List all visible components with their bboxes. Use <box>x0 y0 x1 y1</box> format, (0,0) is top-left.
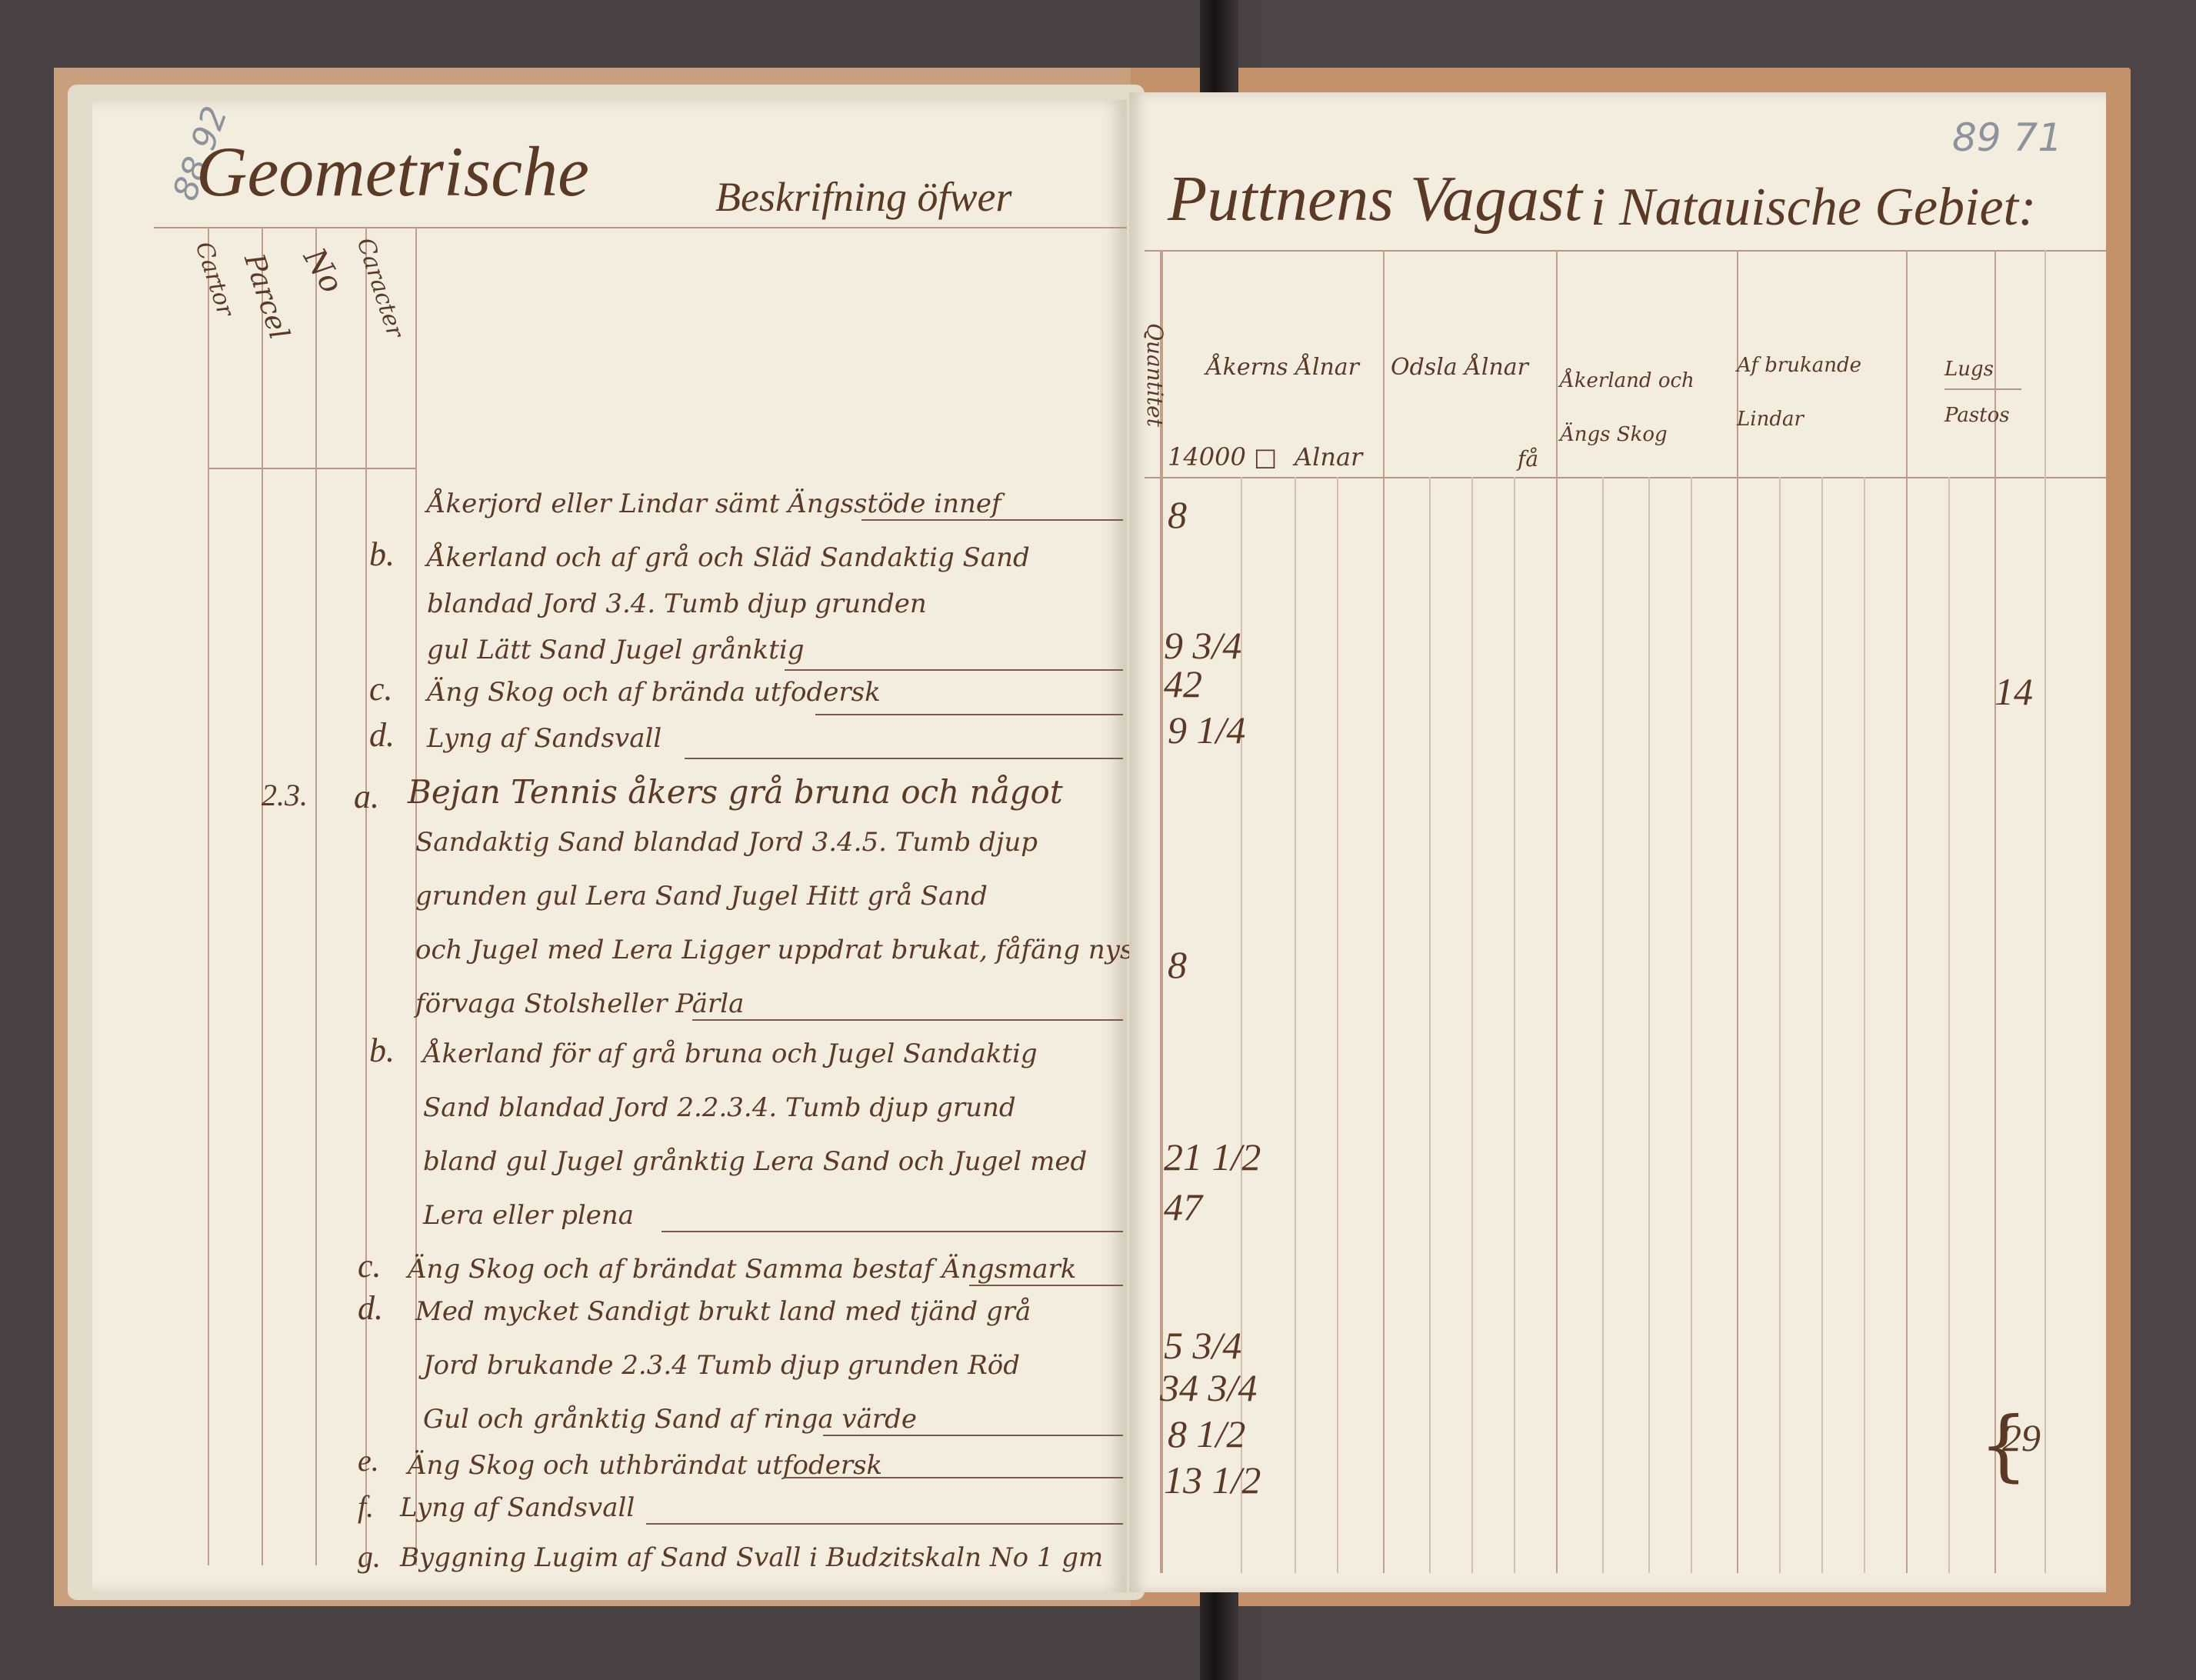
column-header-akerns-alnar: Åkerns Ålnar <box>1206 354 1359 381</box>
entry-rule <box>661 1231 1123 1232</box>
column-header-no: No <box>296 242 349 299</box>
column-divider-minor <box>1648 477 1650 1573</box>
header-rule-top <box>1145 250 2106 252</box>
left-page: 88 92 Geometrische Beskrifning öfwer Car… <box>92 100 1127 1592</box>
entry-line: Sandaktig Sand blandad Jord 3.4.5. Tumb … <box>415 827 1038 858</box>
column-divider-minor <box>1337 477 1338 1573</box>
entry-line: gul Lätt Sand Jugel grånktig <box>427 635 805 665</box>
right-page: 89 71 Puttnens Vagast i Natauische Gebie… <box>1129 92 2106 1592</box>
page-title: Geometrische <box>196 131 589 212</box>
entry-line: grunden gul Lera Sand Jugel Hitt grå San… <box>415 881 988 912</box>
column-divider <box>315 227 317 1565</box>
column-divider <box>1383 250 1385 1573</box>
entry-rule <box>785 1477 1123 1478</box>
entry-rule <box>861 519 1123 521</box>
entry-rule <box>785 669 1123 671</box>
quantity-value: 42 <box>1164 662 1202 706</box>
column-divider-minor <box>2044 250 2046 1573</box>
subheader-area: 14000 □ <box>1168 442 1277 472</box>
column-divider <box>208 227 209 1565</box>
entry-rule <box>692 1019 1123 1021</box>
entry-letter: e. <box>358 1442 379 1478</box>
entry-line: Med mycket Sandigt brukt land med tjänd … <box>415 1296 1031 1327</box>
entry-rule <box>685 758 1123 759</box>
entry-line: Äng Skog och af brända utfodersk <box>427 677 881 708</box>
entry-line: Åkerland och af grå och Släd Sandaktig S… <box>427 542 1030 573</box>
quantity-value: 5 3/4 <box>1164 1323 1241 1368</box>
entry-line: bland gul Jugel grånktig Lera Sand och J… <box>423 1146 1087 1177</box>
entry-rule <box>969 1285 1123 1286</box>
page-title: Puttnens Vagast <box>1168 162 1582 236</box>
entry-line: förvaga Stolsheller Pärla <box>415 988 744 1019</box>
entry-rule <box>646 1523 1123 1525</box>
column-divider <box>1906 250 1908 1573</box>
entry-line: Lera eller plena <box>423 1200 634 1231</box>
entry-line: Bejan Tennis åkers grå bruna och något <box>408 773 1063 811</box>
header-rule-bottom <box>1145 477 2106 478</box>
entry-line: Sand blandad Jord 2.2.3.4. Tumb djup gru… <box>423 1092 1016 1123</box>
column-divider-minor <box>1471 477 1473 1573</box>
page-subtitle: i Natauische Gebiet: <box>1591 177 2036 238</box>
entry-line: Byggning Lugim af Sand Svall i Budzitska… <box>400 1542 1103 1573</box>
column-divider-minor <box>1602 477 1604 1573</box>
header-rule-top <box>154 227 1127 228</box>
entry-line: Lyng af Sandsvall <box>427 723 661 754</box>
margin-total: 29 <box>2002 1415 2041 1460</box>
quantity-value: 47 <box>1164 1185 1202 1229</box>
entry-line: Äng Skog och uthbrändat utfodersk <box>408 1450 882 1481</box>
quantity-value: 21 1/2 <box>1164 1135 1261 1179</box>
column-header-lugs-pastos: Lugs Pastos <box>1944 346 2021 438</box>
entry-rule <box>823 1435 1123 1436</box>
column-header-caracter: Caracter <box>352 235 409 341</box>
column-header-quantitet: Quantitet <box>1142 323 1168 427</box>
column-divider <box>1737 250 1738 1573</box>
column-divider-minor <box>1429 477 1431 1573</box>
entry-line: Gul och grånktig Sand af ringa värde <box>423 1404 917 1435</box>
entry-letter: d. <box>358 1288 383 1328</box>
entry-line: Åkerjord eller Lindar sämt Ängsstöde inn… <box>427 488 1001 519</box>
column-divider-minor <box>1514 477 1515 1573</box>
column-header-akerland: Åkerland och Ängs Skog <box>1560 354 1729 462</box>
quantity-value: 34 3/4 <box>1160 1365 1257 1410</box>
column-header-odsla-alnar: Odsla Ålnar <box>1391 354 1528 381</box>
entry-line: Äng Skog och af brändat Samma bestaf Äng… <box>408 1254 1076 1285</box>
margin-total: 14 <box>1994 669 2033 714</box>
column-divider-minor <box>1779 477 1781 1573</box>
quantity-value: 8 1/2 <box>1168 1412 1245 1456</box>
entry-line: blandad Jord 3.4. Tumb djup grunden <box>427 588 927 619</box>
entry-letter: c. <box>369 669 393 708</box>
column-divider <box>1994 250 1996 1573</box>
subheader-mark: få <box>1518 446 1538 472</box>
page-subtitle: Beskrifning öfwer <box>715 173 1011 221</box>
column-header-af-brukande: Af brukande Lindar <box>1737 338 1891 446</box>
column-divider <box>365 227 367 1565</box>
folio-number-pencil: 89 71 <box>1952 115 2062 160</box>
entry-letter: f. <box>358 1488 374 1525</box>
entry-line: och Jugel med Lera Ligger uppdrat brukat… <box>415 935 1147 965</box>
quantity-value: 8 <box>1168 942 1187 987</box>
column-header-parcel: Parcel <box>238 250 295 343</box>
entry-letter: g. <box>358 1538 381 1575</box>
column-divider-minor <box>1864 477 1865 1573</box>
quantity-value: 13 1/2 <box>1164 1458 1261 1502</box>
subheader-unit: Alnar <box>1295 442 1362 472</box>
entry-letter: b. <box>369 535 395 574</box>
column-header-cartor: Cartor <box>190 238 239 320</box>
quantity-value: 8 <box>1168 492 1187 537</box>
entry-letter: a. <box>354 777 379 816</box>
entry-letter: c. <box>358 1246 382 1285</box>
column-divider-minor <box>1821 477 1823 1573</box>
entry-line: Lyng af Sandsvall <box>400 1492 635 1523</box>
entry-letter: b. <box>369 1031 395 1070</box>
header-rule-bottom <box>208 468 415 469</box>
entry-parcel-number: 2.3. <box>262 777 308 813</box>
column-divider-minor <box>1691 477 1692 1573</box>
column-divider <box>1556 250 1558 1573</box>
quantity-value: 9 1/4 <box>1168 708 1245 752</box>
column-divider-minor <box>1948 477 1950 1573</box>
column-divider-minor <box>1295 477 1296 1573</box>
entry-rule <box>815 714 1123 715</box>
column-divider <box>262 227 263 1565</box>
entry-line: Åkerland för af grå bruna och Jugel Sand… <box>423 1038 1038 1069</box>
entry-letter: d. <box>369 715 395 755</box>
entry-line: Jord brukande 2.3.4 Tumb djup grunden Rö… <box>423 1350 1020 1381</box>
